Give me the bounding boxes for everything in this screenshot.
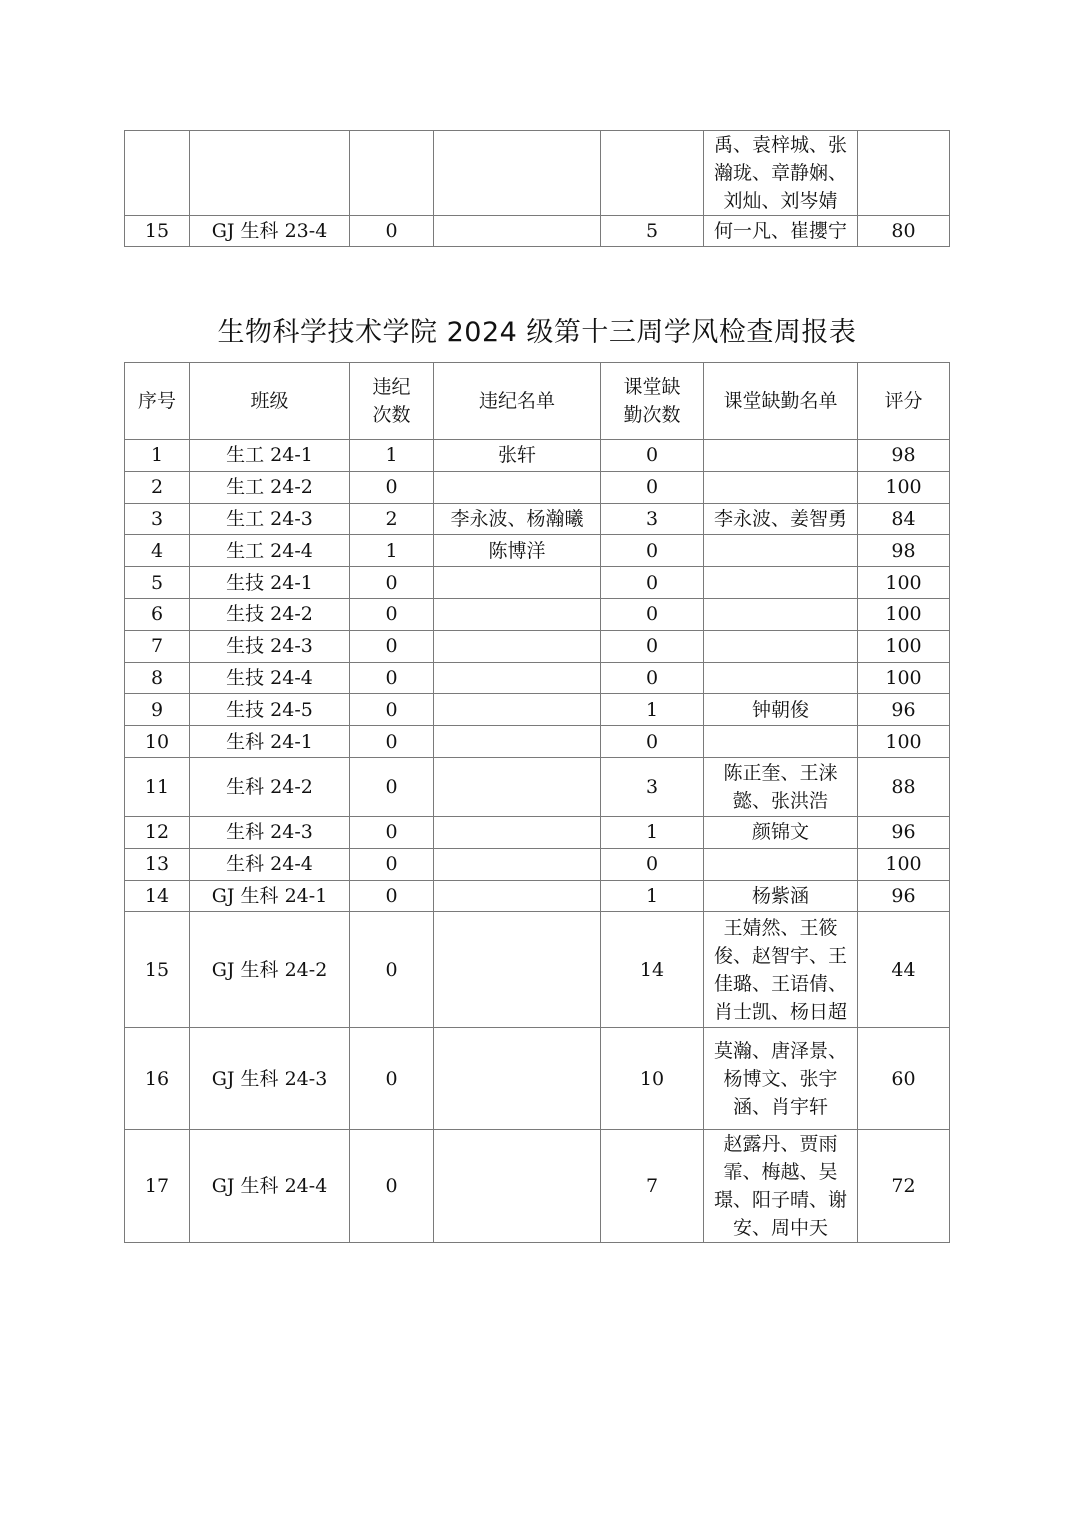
cell-absences: 1 [601,816,704,848]
cell-absence-names [704,848,858,880]
table-row: 15 GJ 生科 24-2 0 14 王婧然、王筱俊、赵智宇、王佳璐、王语倩、肖… [125,912,950,1028]
cell-no: 13 [125,848,190,880]
table-row-continuation: 禹、袁梓城、张瀚珑、章静娴、刘灿、刘岑婧 [125,131,950,216]
cell-score: 98 [858,440,950,472]
cell-score: 84 [858,503,950,535]
cell-violation-names [434,630,601,662]
cell-violation-names [434,848,601,880]
cell-no: 9 [125,694,190,726]
cell-class: 生科 24-2 [190,757,350,816]
cell-class: 生科 24-1 [190,726,350,758]
cell-violation-names: 李永波、杨瀚曦 [434,503,601,535]
cell-absences: 7 [601,1130,704,1243]
cell-absences: 0 [601,662,704,694]
cell-no [125,131,190,216]
cell-class [190,131,350,216]
cell-absences: 3 [601,503,704,535]
cell-class: 生技 24-3 [190,630,350,662]
cell-violation-names [434,1130,601,1243]
cell-absence-names: 钟朝俊 [704,694,858,726]
cell-class: GJ 生科 24-3 [190,1028,350,1130]
cell-score: 98 [858,535,950,567]
table-row: 14 GJ 生科 24-1 0 1 杨紫涵 96 [125,880,950,912]
cell-class: 生工 24-1 [190,440,350,472]
cell-absences: 10 [601,1028,704,1130]
cell-absence-names [704,630,858,662]
weekly-report-table: 序号 班级 违纪次数 违纪名单 课堂缺勤次数 课堂缺勤名单 评分 1 生工 24… [124,362,950,1243]
cell-violations: 0 [350,694,434,726]
cell-class: 生技 24-1 [190,567,350,599]
cell-class: 生科 24-3 [190,816,350,848]
cell-score: 100 [858,471,950,503]
cell-score: 60 [858,1028,950,1130]
cell-score: 100 [858,848,950,880]
cell-class: GJ 生科 24-2 [190,912,350,1028]
cell-absence-names [704,662,858,694]
cell-no: 10 [125,726,190,758]
cell-violations: 0 [350,598,434,630]
cell-class: 生技 24-5 [190,694,350,726]
header-violation-names: 违纪名单 [434,363,601,440]
cell-score: 100 [858,567,950,599]
cell-absence-names [704,440,858,472]
cell-absences: 0 [601,440,704,472]
cell-violations: 1 [350,535,434,567]
cell-class: 生工 24-4 [190,535,350,567]
cell-violations: 0 [350,880,434,912]
table-row: 10 生科 24-1 0 0 100 [125,726,950,758]
cell-violation-names [434,131,601,216]
cell-absences: 0 [601,598,704,630]
table-row: 7 生技 24-3 0 0 100 [125,630,950,662]
cell-violations [350,131,434,216]
cell-no: 2 [125,471,190,503]
cell-no: 1 [125,440,190,472]
cell-absences: 0 [601,471,704,503]
cell-no: 8 [125,662,190,694]
cell-violations: 0 [350,816,434,848]
header-violations: 违纪次数 [350,363,434,440]
cell-class: 生技 24-4 [190,662,350,694]
table-row: 2 生工 24-2 0 0 100 [125,471,950,503]
cell-violation-names: 陈博洋 [434,535,601,567]
cell-absences: 0 [601,630,704,662]
table-row: 6 生技 24-2 0 0 100 [125,598,950,630]
table-row: 1 生工 24-1 1 张轩 0 98 [125,440,950,472]
header-absence-names: 课堂缺勤名单 [704,363,858,440]
cell-absences: 14 [601,912,704,1028]
table-row: 11 生科 24-2 0 3 陈正奎、王涞懿、张洪浩 88 [125,757,950,816]
table-row: 5 生技 24-1 0 0 100 [125,567,950,599]
cell-violation-names [434,912,601,1028]
cell-absence-names: 王婧然、王筱俊、赵智宇、王佳璐、王语倩、肖士凯、杨日超 [704,912,858,1028]
cell-absence-names [704,726,858,758]
cell-no: 15 [125,216,190,247]
cell-absences: 5 [601,216,704,247]
table-row: 17 GJ 生科 24-4 0 7 赵露丹、贾雨霏、梅越、吴璟、阳子晴、谢安、周… [125,1130,950,1243]
cell-score: 100 [858,662,950,694]
cell-violations: 0 [350,216,434,247]
cell-class: GJ 生科 24-1 [190,880,350,912]
cell-class: GJ 生科 23-4 [190,216,350,247]
cell-violations: 0 [350,757,434,816]
cell-violations: 0 [350,471,434,503]
cell-absence-names: 李永波、姜智勇 [704,503,858,535]
cell-absence-names [704,598,858,630]
cell-class: 生技 24-2 [190,598,350,630]
cell-score: 72 [858,1130,950,1243]
cell-score: 100 [858,726,950,758]
table-row: 15 GJ 生科 23-4 0 5 何一凡、崔攖宁 80 [125,216,950,247]
cell-absence-names: 禹、袁梓城、张瀚珑、章静娴、刘灿、刘岑婧 [704,131,858,216]
header-class: 班级 [190,363,350,440]
cell-score [858,131,950,216]
cell-absence-names: 颜锦文 [704,816,858,848]
cell-absence-names: 赵露丹、贾雨霏、梅越、吴璟、阳子晴、谢安、周中天 [704,1130,858,1243]
cell-no: 7 [125,630,190,662]
cell-score: 100 [858,630,950,662]
header-no: 序号 [125,363,190,440]
cell-violations: 0 [350,848,434,880]
cell-score: 88 [858,757,950,816]
cell-violations: 2 [350,503,434,535]
cell-no: 5 [125,567,190,599]
cell-score: 96 [858,816,950,848]
cell-violation-names [434,880,601,912]
cell-absences: 0 [601,535,704,567]
cell-absence-names [704,535,858,567]
cell-no: 11 [125,757,190,816]
cell-score: 100 [858,598,950,630]
cell-class: GJ 生科 24-4 [190,1130,350,1243]
cell-no: 3 [125,503,190,535]
cell-violations: 0 [350,1028,434,1130]
table-header-row: 序号 班级 违纪次数 违纪名单 课堂缺勤次数 课堂缺勤名单 评分 [125,363,950,440]
cell-violation-names [434,757,601,816]
cell-violations: 0 [350,1130,434,1243]
table-row: 12 生科 24-3 0 1 颜锦文 96 [125,816,950,848]
cell-class: 生工 24-2 [190,471,350,503]
report-title: 生物科学技术学院 2024 级第十三周学风检查周报表 [0,310,1074,349]
cell-absence-names: 陈正奎、王涞懿、张洪浩 [704,757,858,816]
cell-absences: 0 [601,567,704,599]
cell-absence-names [704,567,858,599]
cell-violations: 1 [350,440,434,472]
cell-no: 6 [125,598,190,630]
table-row: 13 生科 24-4 0 0 100 [125,848,950,880]
cell-violations: 0 [350,726,434,758]
cell-violation-names [434,598,601,630]
cell-no: 17 [125,1130,190,1243]
cell-score: 96 [858,694,950,726]
cell-score: 80 [858,216,950,247]
header-score: 评分 [858,363,950,440]
cell-absence-names: 莫瀚、唐泽景、杨博文、张宇涵、肖宇轩 [704,1028,858,1130]
cell-no: 12 [125,816,190,848]
cell-absences: 1 [601,880,704,912]
cell-absences: 0 [601,848,704,880]
cell-violation-names [434,816,601,848]
cell-no: 15 [125,912,190,1028]
table-row: 4 生工 24-4 1 陈博洋 0 98 [125,535,950,567]
cell-violations: 0 [350,912,434,1028]
cell-absence-names [704,471,858,503]
cell-violation-names [434,726,601,758]
cell-absences: 3 [601,757,704,816]
table-row: 8 生技 24-4 0 0 100 [125,662,950,694]
cell-absence-names: 何一凡、崔攖宁 [704,216,858,247]
cell-score: 96 [858,880,950,912]
cell-violations: 0 [350,630,434,662]
cell-violation-names [434,694,601,726]
cell-no: 16 [125,1028,190,1130]
cell-absences: 1 [601,694,704,726]
cell-absence-names: 杨紫涵 [704,880,858,912]
cell-violation-names: 张轩 [434,440,601,472]
header-absences: 课堂缺勤次数 [601,363,704,440]
cell-violation-names [434,662,601,694]
cell-no: 14 [125,880,190,912]
cell-no: 4 [125,535,190,567]
cell-violation-names [434,1028,601,1130]
previous-week-table-fragment: 禹、袁梓城、张瀚珑、章静娴、刘灿、刘岑婧 15 GJ 生科 23-4 0 5 何… [124,130,950,247]
cell-violations: 0 [350,567,434,599]
table-row: 9 生技 24-5 0 1 钟朝俊 96 [125,694,950,726]
cell-class: 生工 24-3 [190,503,350,535]
cell-score: 44 [858,912,950,1028]
cell-violation-names [434,471,601,503]
cell-violation-names [434,567,601,599]
cell-violation-names [434,216,601,247]
cell-class: 生科 24-4 [190,848,350,880]
cell-absences: 0 [601,726,704,758]
cell-absences [601,131,704,216]
table-row: 16 GJ 生科 24-3 0 10 莫瀚、唐泽景、杨博文、张宇涵、肖宇轩 60 [125,1028,950,1130]
cell-violations: 0 [350,662,434,694]
table-row: 3 生工 24-3 2 李永波、杨瀚曦 3 李永波、姜智勇 84 [125,503,950,535]
